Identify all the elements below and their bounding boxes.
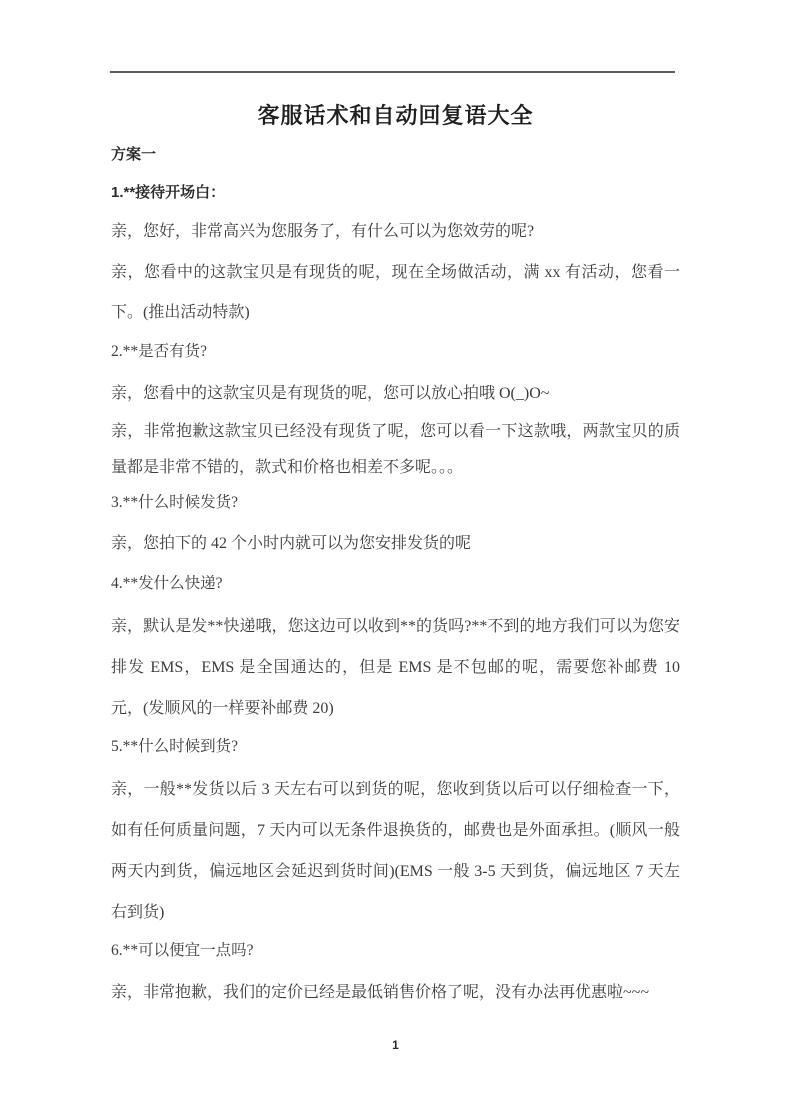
- page-number: 1: [111, 1037, 680, 1053]
- plan-heading: 方案一: [111, 145, 680, 165]
- answer-5-paragraph-1: 亲，一般**发货以后 3 天左右可以到货的呢，您收到货以后可以仔细检查一下，如有…: [111, 769, 680, 933]
- question-5-heading: 5.**什么时候到货?: [111, 737, 680, 757]
- doc-title: 客服话术和自动回复语大全: [111, 100, 680, 132]
- document-page: 客服话术和自动回复语大全 方案一 1.**接待开场白： 亲，您好，非常高兴为您服…: [0, 0, 792, 1120]
- header-rule: [110, 71, 675, 73]
- question-3-heading: 3.**什么时候发货?: [111, 493, 680, 513]
- question-4-heading: 4.**发什么快递?: [111, 574, 680, 594]
- question-1-heading: 1.**接待开场白：: [111, 183, 680, 203]
- answer-1-paragraph-1: 亲，您好，非常高兴为您服务了，有什么可以为您效劳的呢?: [111, 212, 680, 252]
- answer-1-paragraph-2: 亲，您看中的这款宝贝是有现货的呢，现在全场做活动，满 xx 有活动，您看一下。(…: [111, 253, 680, 333]
- answer-3-paragraph-1: 亲，您拍下的 42 个小时内就可以为您安排发货的呢: [111, 524, 680, 564]
- answer-6-paragraph-1: 亲，非常抱歉，我们的定价已经是最低销售价格了呢，没有办法再优惠啦~~~: [111, 973, 680, 1013]
- answer-2-paragraph-2: 亲，非常抱歉这款宝贝已经没有现货了呢，您可以看一下这款哦，两款宝贝的质量都是非常…: [111, 414, 680, 486]
- question-6-heading: 6.**可以便宜一点吗?: [111, 941, 680, 961]
- answer-4-paragraph-1: 亲，默认是发**快递哦，您这边可以收到**的货吗?**不到的地方我们可以为您安排…: [111, 606, 680, 729]
- answer-2-paragraph-1: 亲，您看中的这款宝贝是有现货的呢，您可以放心拍哦 O(_)O~: [111, 374, 680, 414]
- question-2-heading: 2.**是否有货?: [111, 342, 680, 362]
